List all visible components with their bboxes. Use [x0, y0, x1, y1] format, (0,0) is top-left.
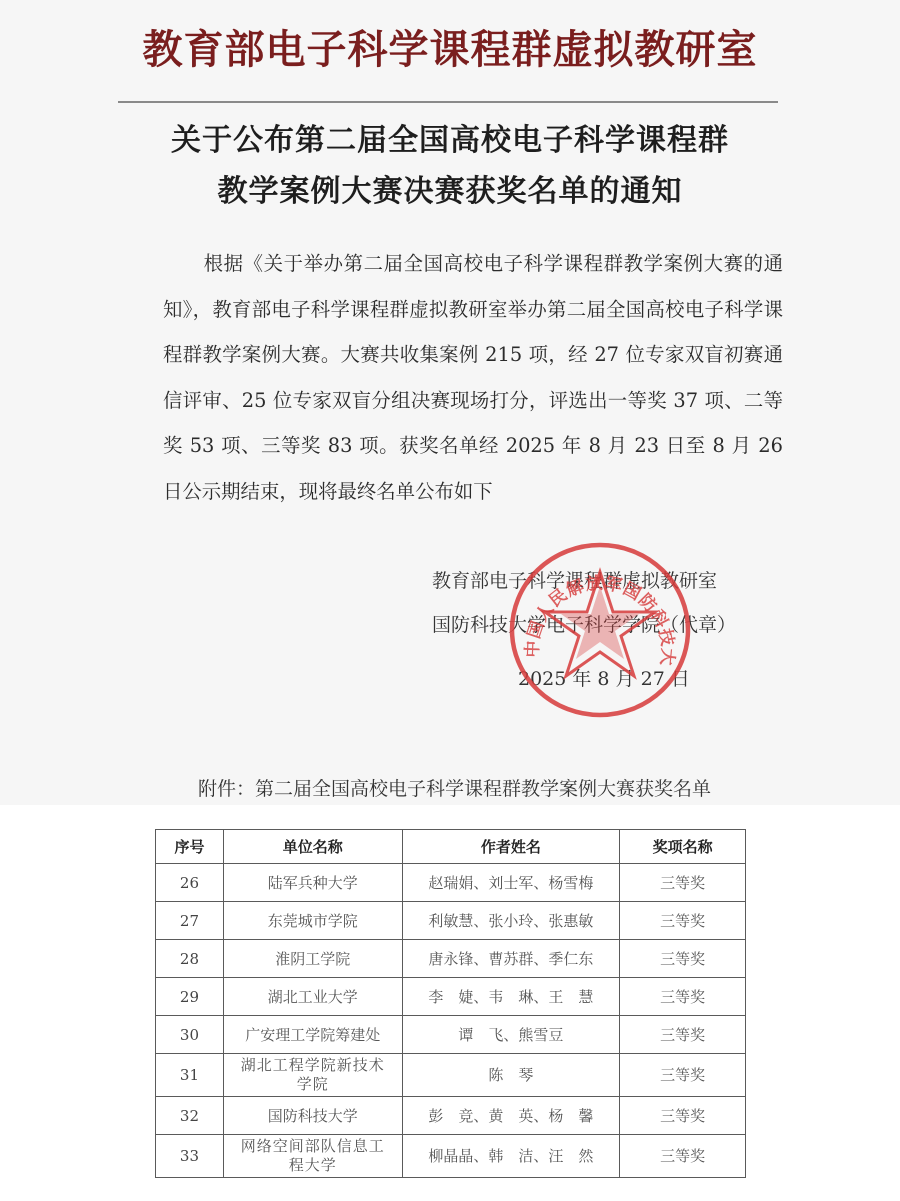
cell-authors: 彭 竞、黄 英、杨 馨	[402, 1097, 620, 1135]
letterhead-divider	[118, 101, 778, 103]
cell-award: 三等奖	[620, 902, 746, 940]
cell-unit: 湖北工程学院新技术学院	[223, 1054, 402, 1097]
cell-unit: 广安理工学院筹建处	[223, 1016, 402, 1054]
cell-number: 27	[156, 902, 224, 940]
table-row: 32 国防科技大学 彭 竞、黄 英、杨 馨 三等奖	[156, 1097, 746, 1135]
signature-date: 2025 年 8 月 27 日	[518, 664, 690, 691]
cell-unit: 网络空间部队信息工程大学	[223, 1135, 402, 1178]
cell-award: 三等奖	[620, 864, 746, 902]
cell-award: 三等奖	[620, 940, 746, 978]
letterhead: 教育部电子科学课程群虚拟教研室	[0, 18, 900, 75]
cell-award: 三等奖	[620, 1054, 746, 1097]
cell-authors: 利敏慧、张小玲、张惠敏	[402, 902, 620, 940]
attachment-caption: 附件：第二届全国高校电子科学课程群教学案例大赛获奖名单	[198, 774, 711, 801]
cell-unit: 淮阴工学院	[223, 940, 402, 978]
table-row: 28 淮阴工学院 唐永锋、曹苏群、季仁东 三等奖	[156, 940, 746, 978]
cell-unit-text: 湖北工程学院新技术学院	[238, 1056, 388, 1094]
notice-title-line2: 教学案例大赛决赛获奖名单的通知	[0, 166, 900, 210]
notice-title-line1: 关于公布第二届全国高校电子科学课程群	[0, 115, 900, 159]
cell-unit-text: 网络空间部队信息工程大学	[238, 1137, 388, 1175]
signature-org-1: 教育部电子科学课程群虚拟教研室	[432, 566, 717, 593]
table-row: 27 东莞城市学院 利敏慧、张小玲、张惠敏 三等奖	[156, 902, 746, 940]
cell-authors: 赵瑞娟、刘士军、杨雪梅	[402, 864, 620, 902]
cell-award: 三等奖	[620, 978, 746, 1016]
cell-authors: 李 婕、韦 琳、王 慧	[402, 978, 620, 1016]
cell-unit: 国防科技大学	[223, 1097, 402, 1135]
cell-number: 32	[156, 1097, 224, 1135]
column-header-award: 奖项名称	[620, 830, 746, 864]
cell-unit: 东莞城市学院	[223, 902, 402, 940]
cell-unit: 湖北工业大学	[223, 978, 402, 1016]
cell-number: 28	[156, 940, 224, 978]
cell-number: 30	[156, 1016, 224, 1054]
cell-number: 33	[156, 1135, 224, 1178]
column-header-unit: 单位名称	[223, 830, 402, 864]
table-row: 26 陆军兵种大学 赵瑞娟、刘士军、杨雪梅 三等奖	[156, 864, 746, 902]
award-list-table: 序号 单位名称 作者姓名 奖项名称 26 陆军兵种大学 赵瑞娟、刘士军、杨雪梅 …	[155, 829, 746, 1178]
signature-org-2: 国防科技大学电子科学学院（代章）	[432, 610, 736, 637]
cell-authors: 陈 琴	[402, 1054, 620, 1097]
table-row: 30 广安理工学院筹建处 谭 飞、熊雪豆 三等奖	[156, 1016, 746, 1054]
column-header-number: 序号	[156, 830, 224, 864]
table-row: 29 湖北工业大学 李 婕、韦 琳、王 慧 三等奖	[156, 978, 746, 1016]
table-header-row: 序号 单位名称 作者姓名 奖项名称	[156, 830, 746, 864]
cell-authors: 唐永锋、曹苏群、季仁东	[402, 940, 620, 978]
table-row: 33 网络空间部队信息工程大学 柳晶晶、韩 洁、汪 然 三等奖	[156, 1135, 746, 1178]
cell-authors: 谭 飞、熊雪豆	[402, 1016, 620, 1054]
cell-authors: 柳晶晶、韩 洁、汪 然	[402, 1135, 620, 1178]
cell-award: 三等奖	[620, 1097, 746, 1135]
cell-number: 29	[156, 978, 224, 1016]
notice-paragraph: 根据《关于举办第二届全国高校电子科学课程群教学案例大赛的通知》，教育部电子科学课…	[163, 252, 783, 503]
cell-number: 26	[156, 864, 224, 902]
cell-award: 三等奖	[620, 1135, 746, 1178]
cell-award: 三等奖	[620, 1016, 746, 1054]
notice-body: 根据《关于举办第二届全国高校电子科学课程群教学案例大赛的通知》，教育部电子科学课…	[163, 241, 783, 515]
cell-number: 31	[156, 1054, 224, 1097]
column-header-authors: 作者姓名	[402, 830, 620, 864]
table-row: 31 湖北工程学院新技术学院 陈 琴 三等奖	[156, 1054, 746, 1097]
cell-unit: 陆军兵种大学	[223, 864, 402, 902]
